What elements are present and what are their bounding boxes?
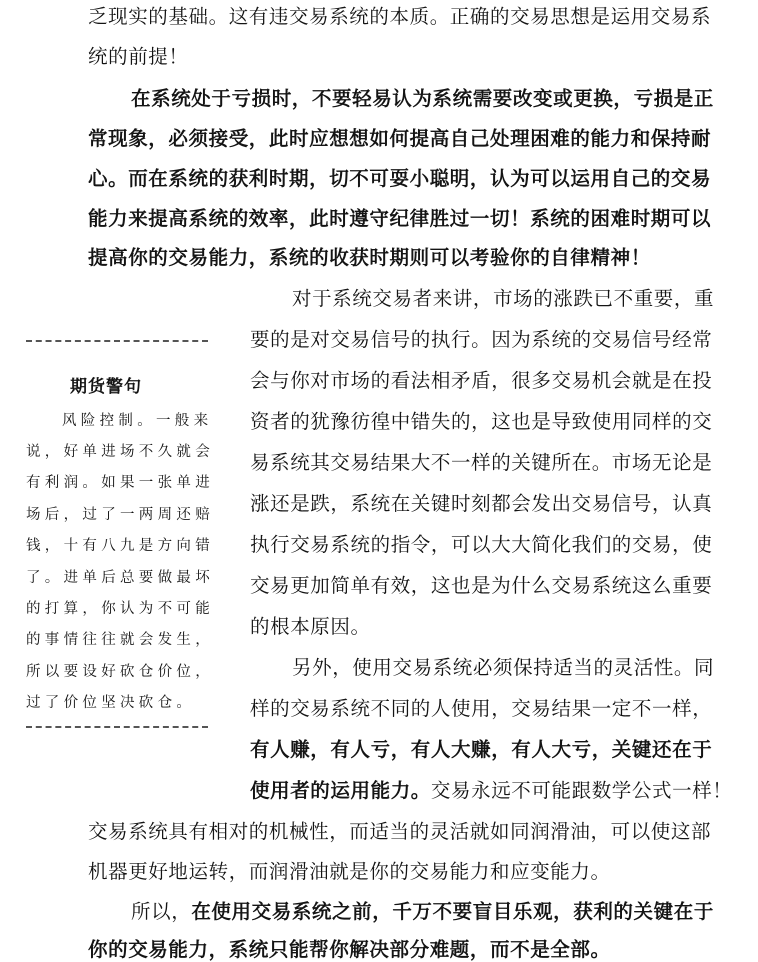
sidebar-text-line: 的打算，你认为不可能 (26, 597, 214, 618)
bold-phrase: 使用者的运用能力。 (250, 779, 431, 802)
plain-phrase: 所以， (131, 900, 191, 923)
body-text-line: 机器更好地运转，而润滑油就是你的交易能力和应变能力。 (88, 860, 611, 884)
sidebar-text-line: 钱，十有八九是方向错 (26, 534, 214, 555)
body-text-line: 交易系统具有相对的机械性，而适当的灵活就如同润滑油，可以使这部 (88, 820, 711, 844)
sidebar-top-divider (26, 340, 208, 342)
sidebar-bottom-divider (26, 726, 208, 728)
sidebar-text-line: 有利润。如果一张单进 (26, 471, 214, 492)
body-text-line: 执行交易系统的指令，可以大大简化我们的交易，使 (250, 533, 712, 557)
sidebar-text-line: 了。进单后总要做最坏 (26, 566, 214, 587)
sidebar-text-line: 说，好单进场不久就会 (26, 440, 214, 461)
body-text-line: 交易更加简单有效，这也是为什么交易系统这么重要 (250, 574, 712, 598)
plain-phrase: 交易永远不可能跟数学公式一样！ (431, 779, 733, 802)
body-text-line: 另外，使用交易系统必须保持适当的灵活性。同 (292, 656, 714, 680)
body-text-line: 使用者的运用能力。交易永远不可能跟数学公式一样！ (250, 779, 732, 803)
sidebar-text-line: 的事情往往就会发生， (26, 628, 214, 649)
sidebar-text-line: 过了价位坚决砍仓。 (26, 691, 195, 712)
body-text-line-bold: 常现象，必须接受，此时应想想如何提高自己处理困难的能力和保持耐 (88, 127, 711, 151)
body-text-line: 会与你对市场的看法相矛盾，很多交易机会就是在投 (250, 369, 712, 393)
body-text-line-bold: 心。而在系统的获利时期，切不可耍小聪明，认为可以运用自己的交易 (88, 167, 711, 191)
bold-phrase: 在使用交易系统之前，千万不要盲目乐观，获利的关键在于 (191, 900, 714, 923)
body-text-line-bold: 提高你的交易能力，系统的收获时期则可以考验你的自律精神！ (88, 246, 651, 270)
body-text-line: 要的是对交易信号的执行。因为系统的交易信号经常 (250, 328, 712, 352)
body-text-line: 涨还是跌，系统在关键时刻都会发出交易信号，认真 (250, 492, 712, 516)
body-text-line: 资者的犹豫彷徨中错失的，这也是导致使用同样的交 (250, 410, 712, 434)
sidebar-text-line: 场后，过了一两周还赔 (26, 503, 214, 524)
body-text-line-bold: 能力来提高系统的效率，此时遵守纪律胜过一切！系统的困难时期可以 (88, 207, 711, 231)
body-text-line: 的根本原因。 (250, 615, 371, 639)
sidebar-text-line: 风险控制。一般来 (62, 409, 212, 430)
body-text-line-bold: 有人赚，有人亏，有人大赚，有人大亏，关键还在于 (250, 738, 712, 762)
body-text-line-bold: 在系统处于亏损时，不要轻易认为系统需要改变或更换，亏损是正 (131, 87, 714, 111)
sidebar-text-line: 所以要设好砍仓价位， (26, 660, 214, 681)
body-text-line-bold: 你的交易能力，系统只能帮你解决部分难题，而不是全部。 (88, 938, 611, 962)
body-text-line: 样的交易系统不同的人使用，交易结果一定不一样， (250, 697, 712, 721)
sidebar-title: 期货警句 (70, 372, 142, 397)
body-text-line: 易系统其交易结果大不一样的关键所在。市场无论是 (250, 451, 712, 475)
body-text-line: 乏现实的基础。这有违交易系统的本质。正确的交易思想是运用交易系 (88, 5, 711, 29)
body-text-line: 统的前提！ (88, 45, 189, 69)
body-text-line: 对于系统交易者来讲，市场的涨跌已不重要，重 (292, 287, 714, 311)
body-text-line: 所以，在使用交易系统之前，千万不要盲目乐观，获利的关键在于 (131, 900, 714, 924)
